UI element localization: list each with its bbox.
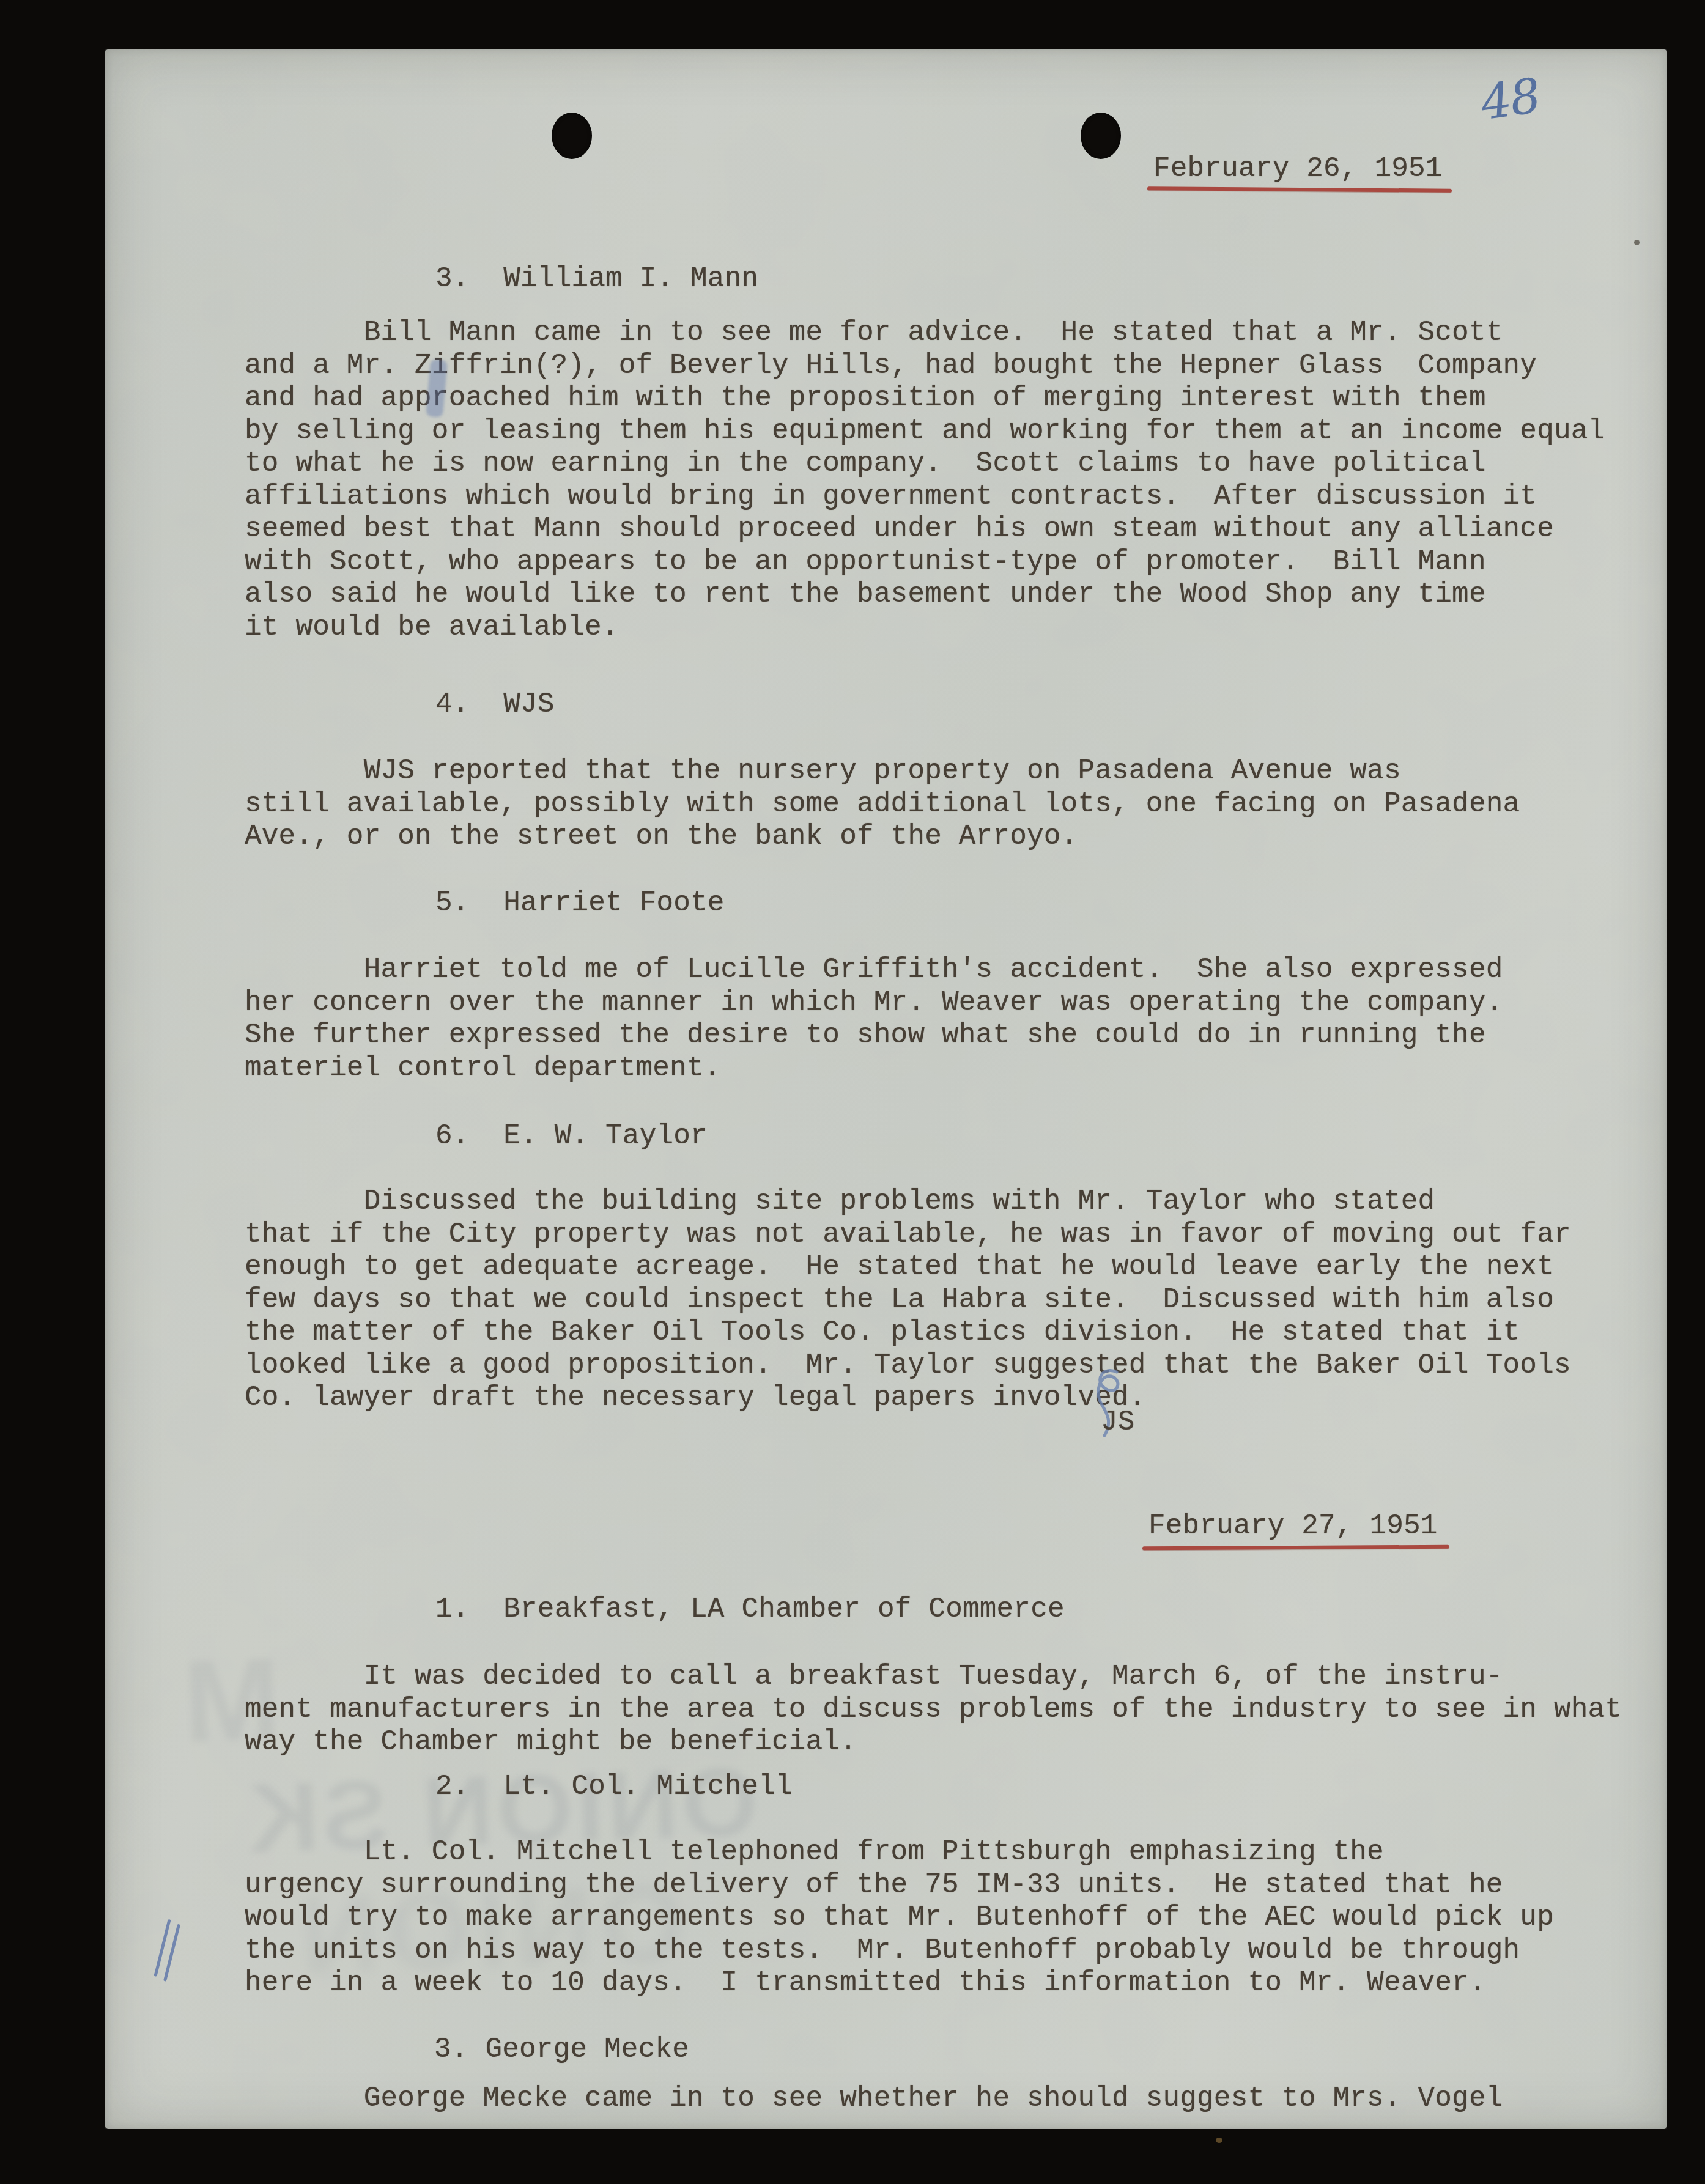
section-body: Discussed the building site problems wit…: [245, 1186, 1571, 1415]
section-body: Bill Mann came in to see me for advice. …: [245, 317, 1605, 644]
section-body: It was decided to call a breakfast Tuesd…: [245, 1661, 1622, 1759]
handwritten-page-number: 48: [1478, 68, 1543, 131]
typed-initials: JS: [1101, 1406, 1135, 1439]
scanned-document: M ONION SK ONION 48 February 26, 1951 3.…: [0, 0, 1705, 2184]
section-heading: 3. George Mecke: [434, 2034, 689, 2067]
scan-speck: [1216, 2138, 1222, 2143]
section-heading: 5. Harriet Foote: [435, 887, 725, 920]
section-heading: 6. E. W. Taylor: [435, 1120, 708, 1153]
section-heading: 2. Lt. Col. Mitchell: [435, 1771, 793, 1804]
section-heading: 1. Breakfast, LA Chamber of Commerce: [435, 1593, 1065, 1626]
memo-date: February 26, 1951: [1153, 153, 1443, 186]
section-heading: 4. WJS: [435, 688, 555, 721]
punch-hole: [1081, 113, 1121, 159]
section-body: Lt. Col. Mitchell telephoned from Pittsb…: [245, 1836, 1554, 2000]
section-body: George Mecke came in to see whether he s…: [245, 2083, 1503, 2116]
section-body: Harriet told me of Lucille Griffith's ac…: [245, 954, 1503, 1085]
section-heading: 3. William I. Mann: [435, 263, 758, 296]
section-body: WJS reported that the nursery property o…: [245, 755, 1520, 854]
memo-date: February 27, 1951: [1148, 1510, 1438, 1543]
scan-speck: [1634, 240, 1640, 245]
punch-hole: [552, 113, 592, 159]
